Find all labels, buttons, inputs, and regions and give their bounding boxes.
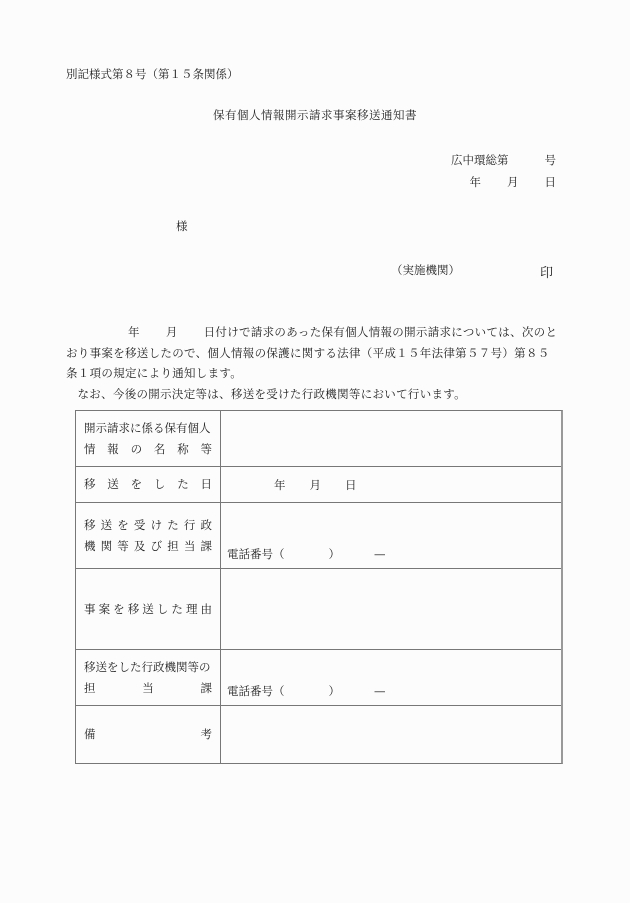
row-label: 開示請求に係る保有個人情報の名称等 (76, 411, 221, 466)
row-value-field[interactable]: 電話番号（）— (221, 503, 561, 568)
transfer-date-value: 年月日 (274, 477, 357, 493)
table-row-transfer-date: 移送をした日年月日 (76, 466, 561, 502)
transfer-details-table: 開示請求に係る保有個人情報の名称等移送をした日年月日移送を受けた行政機関等及び担… (75, 410, 563, 764)
table-row-requested-info-name: 開示請求に係る保有個人情報の名称等 (76, 411, 561, 466)
row-label: 移送をした行政機関等の担当課 (76, 650, 221, 705)
issue-date: 年月日 (470, 174, 557, 190)
row-label: 移送をした日 (76, 467, 221, 502)
phone-number-field: 電話番号（）— (227, 683, 386, 699)
body-year: 年 (128, 325, 140, 339)
table-row-receiving-agency: 移送を受けた行政機関等及び担当課電話番号（）— (76, 502, 561, 568)
form-reference: 別記様式第８号（第１５条関係） (66, 66, 239, 82)
table-row-remarks: 備考 (76, 705, 561, 763)
table-row-transfer-reason: 事案を移送した理由 (76, 568, 561, 649)
row-value-field[interactable] (221, 569, 561, 649)
document-title: 保有個人情報開示請求事案移送通知書 (0, 107, 630, 123)
row-value-field[interactable]: 電話番号（）— (221, 650, 561, 705)
row-label: 事案を移送した理由 (76, 569, 221, 649)
date-year: 年 (470, 175, 482, 189)
date-month: 月 (507, 175, 519, 189)
document-number: 広中環総第号 (451, 152, 556, 168)
body-month: 月 (166, 325, 178, 339)
body-paragraph-2: なお、今後の開示決定等は、移送を受けた行政機関等において行います。 (66, 384, 561, 405)
notice-body: 年月日付けで請求のあった保有個人情報の開示請求については、次のとおり事案を移送し… (66, 322, 561, 404)
phone-number-field: 電話番号（）— (227, 546, 386, 562)
table-row-transferring-agency: 移送をした行政機関等の担当課電話番号（）— (76, 649, 561, 705)
row-label: 備考 (76, 706, 221, 763)
doc-number-suffix: 号 (545, 153, 557, 167)
row-value-field[interactable] (221, 411, 561, 466)
recipient-honorific: 様 (176, 218, 188, 234)
seal-mark: 印 (540, 262, 553, 281)
doc-number-prefix: 広中環総第 (451, 153, 509, 167)
row-label: 移送を受けた行政機関等及び担当課 (76, 503, 221, 568)
row-value-field[interactable]: 年月日 (221, 467, 561, 502)
date-day: 日 (545, 175, 557, 189)
agency-label: （実施機関） (391, 262, 460, 278)
row-value-field[interactable] (221, 706, 561, 763)
